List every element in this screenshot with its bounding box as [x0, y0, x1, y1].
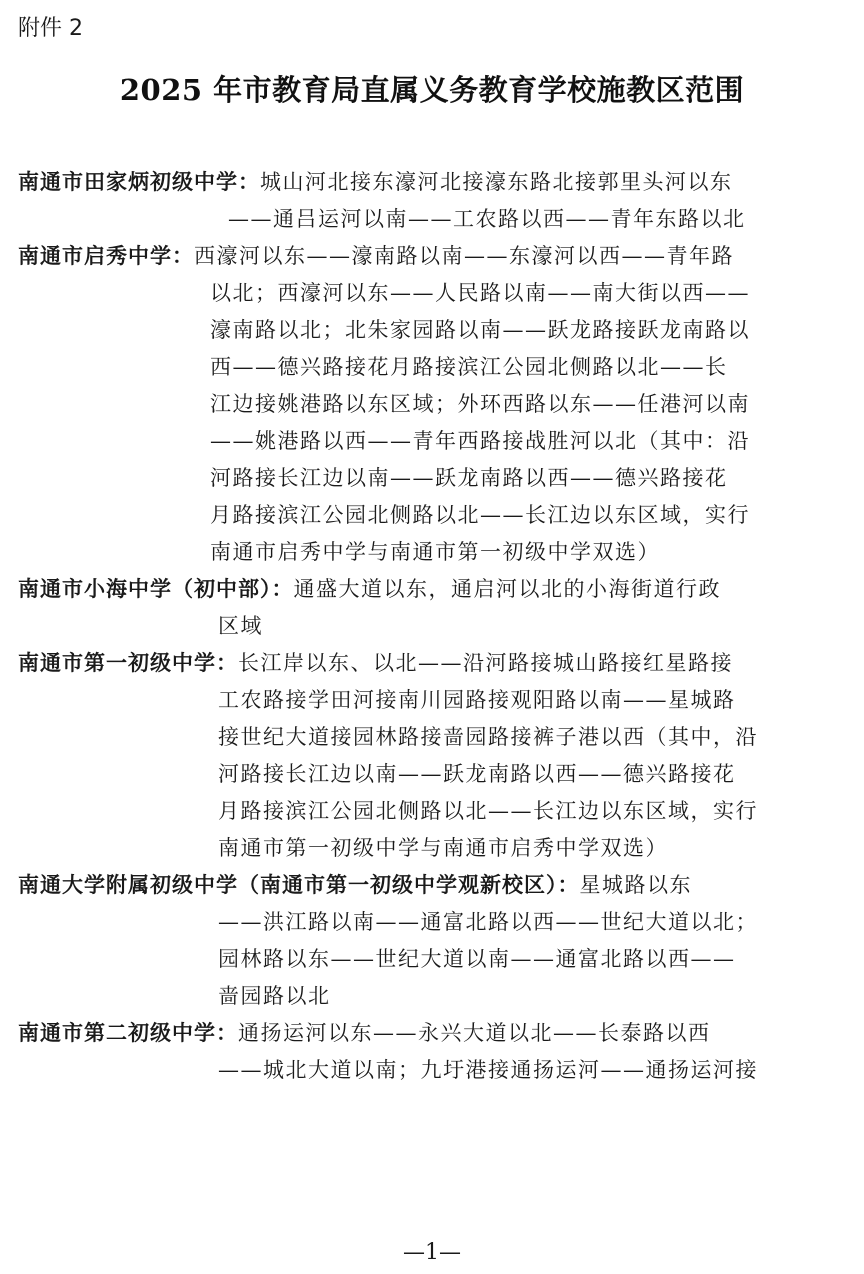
school-entry: 南通市田家炳初级中学：城山河北接东濠河北接濠东路北接郭里头河以东 ——通吕运河以…: [18, 164, 846, 238]
district-text: 通盛大道以东，通启河以北的小海街道行政: [294, 577, 722, 601]
district-text-line: ——洪江路以南——通富北路以西——世纪大道以北；: [18, 904, 846, 941]
school-name: 南通市第一初级中学：: [18, 651, 238, 675]
district-text-line: ——通吕运河以南——工农路以西——青年东路以北: [18, 201, 846, 238]
page-number: —1—: [0, 1240, 864, 1266]
document-title: 2025 年市教育局直属义务教育学校施教区范围: [0, 70, 864, 110]
entry-first-line: 南通市小海中学（初中部）：通盛大道以东，通启河以北的小海街道行政: [18, 571, 846, 608]
school-name: 南通市小海中学（初中部）：: [18, 577, 294, 601]
district-text: 星城路以东: [580, 873, 693, 897]
entry-first-line: 南通市第二初级中学：通扬运河以东——永兴大道以北——长泰路以西: [18, 1015, 846, 1052]
district-text-line: 河路接长江边以南——跃龙南路以西——德兴路接花: [18, 460, 846, 497]
district-text-line: 月路接滨江公园北侧路以北——长江边以东区域，实行: [18, 793, 846, 830]
district-text-line: ——姚港路以西——青年西路接战胜河以北（其中：沿: [18, 423, 846, 460]
entry-first-line: 南通大学附属初级中学（南通市第一初级中学观新校区）：星城路以东: [18, 867, 846, 904]
district-text-line: 西——德兴路接花月路接滨江公园北侧路以北——长: [18, 349, 846, 386]
district-text-line: 江边接姚港路以东区域；外环西路以东——任港河以南: [18, 386, 846, 423]
school-entry: 南通大学附属初级中学（南通市第一初级中学观新校区）：星城路以东 ——洪江路以南—…: [18, 867, 846, 1015]
district-text: 通扬运河以东——永兴大道以北——长泰路以西: [238, 1021, 711, 1045]
school-entry: 南通市第一初级中学：长江岸以东、以北——沿河路接城山路接红星路接 工农路接学田河…: [18, 645, 846, 867]
school-entry: 南通市第二初级中学：通扬运河以东——永兴大道以北——长泰路以西 ——城北大道以南…: [18, 1015, 846, 1089]
district-text-line: 啬园路以北: [18, 978, 846, 1015]
district-text-line: 工农路接学田河接南川园路接观阳路以南——星城路: [18, 682, 846, 719]
school-entry: 南通市小海中学（初中部）：通盛大道以东，通启河以北的小海街道行政 区域: [18, 571, 846, 645]
entry-first-line: 南通市启秀中学：西濠河以东——濠南路以南——东濠河以西——青年路: [18, 238, 846, 275]
district-text-line: 接世纪大道接园林路接啬园路接裤子港以西（其中，沿: [18, 719, 846, 756]
school-name: 南通市田家炳初级中学：: [18, 170, 260, 194]
school-entry: 南通市启秀中学：西濠河以东——濠南路以南——东濠河以西——青年路 以北；西濠河以…: [18, 238, 846, 571]
district-text-line: 河路接长江边以南——跃龙南路以西——德兴路接花: [18, 756, 846, 793]
district-entries: 南通市田家炳初级中学：城山河北接东濠河北接濠东路北接郭里头河以东 ——通吕运河以…: [18, 164, 846, 1089]
attachment-label: 附件 2: [18, 14, 83, 44]
district-text-line: ——城北大道以南；九圩港接通扬运河——通扬运河接: [18, 1052, 846, 1089]
district-text-line: 区域: [18, 608, 846, 645]
district-text: 西濠河以东——濠南路以南——东濠河以西——青年路: [194, 244, 734, 268]
district-text: 长江岸以东、以北——沿河路接城山路接红星路接: [238, 651, 733, 675]
school-name: 南通大学附属初级中学（南通市第一初级中学观新校区）：: [18, 873, 580, 897]
district-text-line: 月路接滨江公园北侧路以北——长江边以东区域，实行: [18, 497, 846, 534]
district-text-line: 园林路以东——世纪大道以南——通富北路以西——: [18, 941, 846, 978]
district-text-line: 以北；西濠河以东——人民路以南——南大街以西——: [18, 275, 846, 312]
district-text-line: 南通市启秀中学与南通市第一初级中学双选）: [18, 534, 846, 571]
district-text: 城山河北接东濠河北接濠东路北接郭里头河以东: [260, 170, 733, 194]
district-text-line: 南通市第一初级中学与南通市启秀中学双选）: [18, 830, 846, 867]
entry-first-line: 南通市第一初级中学：长江岸以东、以北——沿河路接城山路接红星路接: [18, 645, 846, 682]
school-name: 南通市启秀中学：: [18, 244, 194, 268]
school-name: 南通市第二初级中学：: [18, 1021, 238, 1045]
district-text-line: 濠南路以北；北朱家园路以南——跃龙路接跃龙南路以: [18, 312, 846, 349]
entry-first-line: 南通市田家炳初级中学：城山河北接东濠河北接濠东路北接郭里头河以东: [18, 164, 846, 201]
